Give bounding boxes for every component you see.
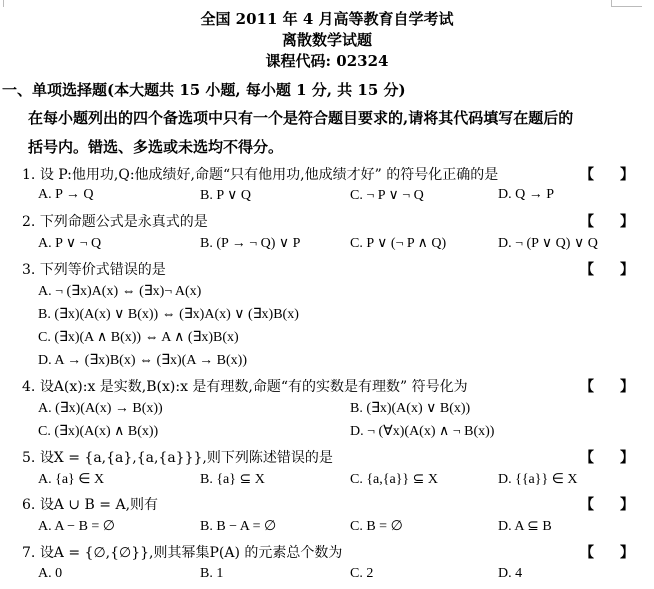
question-6: 6. 设A ∪ B = A,则有: [22, 494, 158, 514]
question-5: 5. 设X = {a,{a},{a,{a}}},则下列陈述错误的是: [22, 447, 333, 467]
instruction-line-2: 括号内。错选、多选或未选均不得分。: [28, 136, 283, 157]
question-3: 3. 下列等价式错误的是: [22, 259, 166, 279]
q5-option-c: C. {a,{a}} ⊆ X: [350, 471, 438, 488]
question-stem: 设 P:他用功,Q:他成绩好,命题“只有他用功,他成绩才好” 的符号化正确的是: [40, 167, 498, 183]
subject-title: 离散数学试题: [0, 29, 654, 50]
q4-option-d: D. ¬ (∀x)(A(x) ∧ ¬ B(x)): [350, 423, 494, 440]
question-2: 2. 下列命题公式是永真式的是: [22, 211, 208, 231]
q6-option-b: B. B − A = ∅: [200, 518, 276, 535]
q3-option-a: A. ¬ (∃x)A(x) ⇔ (∃x)¬ A(x): [38, 283, 201, 300]
question-7: 7. 设A = {∅,{∅}},则其幂集P(A) 的元素总个数为: [22, 542, 342, 562]
q7-option-a: A. 0: [38, 566, 62, 582]
q4-option-b: B. (∃x)(A(x) ∨ B(x)): [350, 400, 470, 417]
q6-option-a: A. A − B = ∅: [38, 518, 115, 535]
q2-option-b: B. (P → ¬ Q) ∨ P: [200, 235, 300, 252]
course-code: 课程代码: 02324: [0, 50, 654, 71]
q4-option-c: C. (∃x)(A(x) ∧ B(x)): [38, 423, 158, 440]
section-heading: 一、单项选择题(本大题共 15 小题, 每小题 1 分, 共 15 分): [2, 79, 406, 100]
q4-option-a: A. (∃x)(A(x) → B(x)): [38, 400, 163, 417]
q7-option-b: B. 1: [200, 566, 223, 582]
q5-option-d: D. {{a}} ∈ X: [498, 471, 578, 488]
instruction-line-1: 在每小题列出的四个备选项中只有一个是符合题目要求的,请将其代码填写在题后的: [28, 107, 573, 128]
q2-option-c: C. P ∨ (¬ P ∧ Q): [350, 235, 446, 252]
q2-option-d: D. ¬ (P ∨ Q) ∨ Q: [498, 235, 598, 252]
exam-title: 全国 2011 年 4 月高等教育自学考试: [0, 8, 654, 29]
question-number: 1.: [22, 167, 35, 183]
q1-option-c: C. ¬ P ∨ ¬ Q: [350, 187, 424, 204]
q2-option-a: A. P ∨ ¬ Q: [38, 235, 101, 252]
question-4: 4. 设A(x):x 是实数,B(x):x 是有理数,命题“有的实数是有理数” …: [22, 376, 468, 396]
q1-option-b: B. P ∨ Q: [200, 187, 251, 204]
q5-option-b: B. {a} ⊆ X: [200, 471, 265, 488]
q6-option-c: C. B = ∅: [350, 518, 403, 535]
q7-option-c: C. 2: [350, 566, 373, 582]
q3-option-d: D. A → (∃x)B(x) ⇔ (∃x)(A → B(x)): [38, 352, 247, 369]
q5-option-a: A. {a} ∈ X: [38, 471, 104, 488]
q1-option-a: A. P → Q: [38, 187, 94, 203]
q3-option-b: B. (∃x)(A(x) ∨ B(x)) ⇔ (∃x)A(x) ∨ (∃x)B(…: [38, 306, 299, 323]
q6-option-d: D. A ⊆ B: [498, 518, 552, 535]
page-corner-mark-left: [0, 0, 4, 7]
q1-option-d: D. Q → P: [498, 187, 554, 203]
question-1: 1. 设 P:他用功,Q:他成绩好,命题“只有他用功,他成绩才好” 的符号化正确…: [22, 164, 498, 184]
q3-option-c: C. (∃x)(A ∧ B(x)) ⇔ A ∧ (∃x)B(x): [38, 329, 239, 346]
page-corner-mark-right: [611, 0, 642, 7]
q7-option-d: D. 4: [498, 566, 522, 582]
